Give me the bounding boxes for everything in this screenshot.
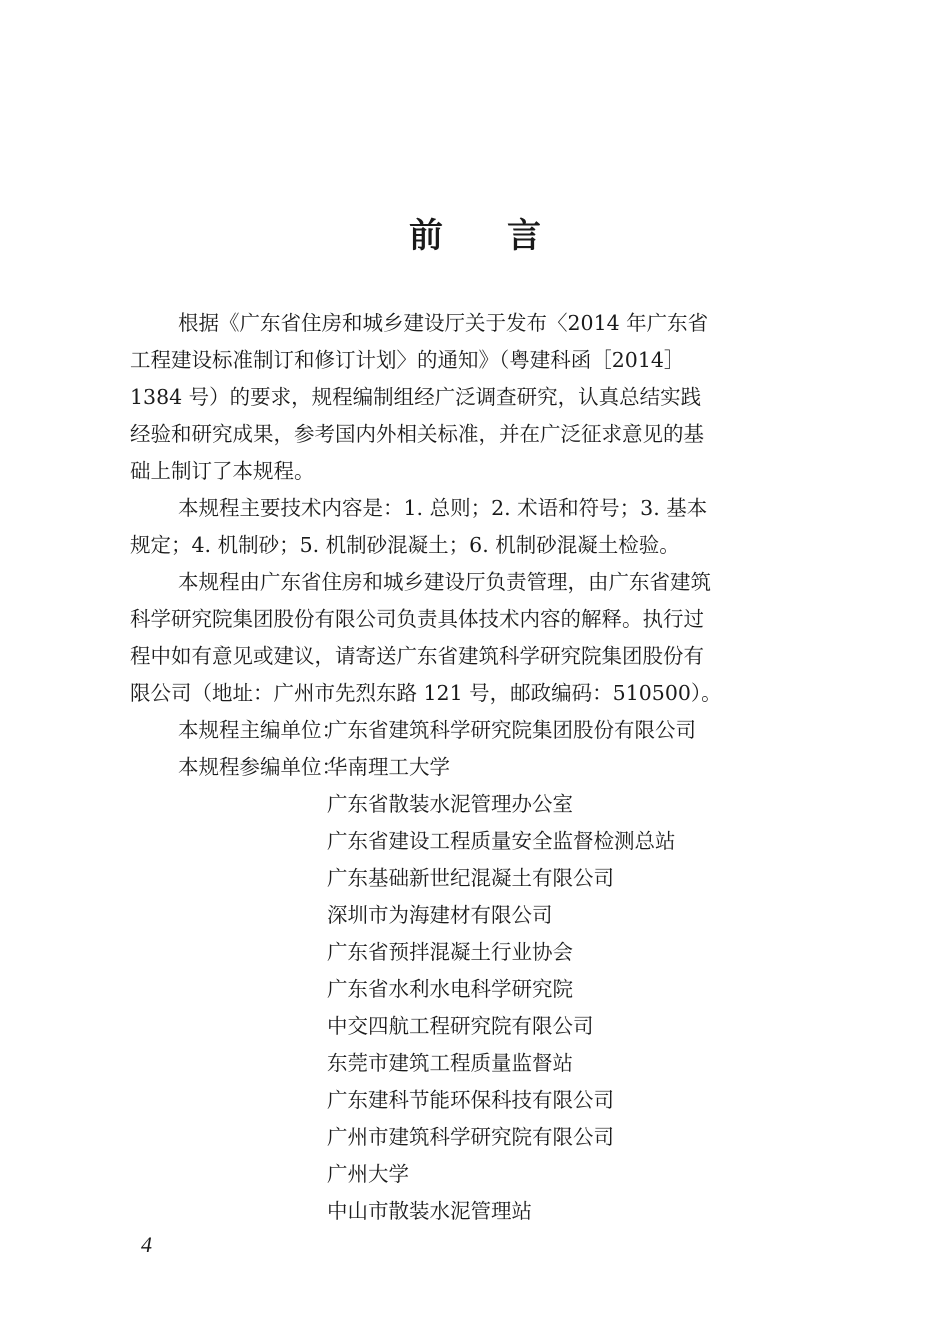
participating-unit: 广东建科节能环保科技有限公司 [327,1082,614,1119]
paragraph-management: 本规程由广东省住房和城乡建设厅负责管理，由广东省建筑 科学研究院集团股份有限公司… [130,564,820,712]
text-line: 规定；4. 机制砂；5. 机制砂混凝土；6. 机制砂混凝土检验。 [130,527,820,564]
paragraph-basis: 根据《广东省住房和城乡建设厅关于发布〈2014 年广东省 工程建设标准制订和修订… [130,305,820,490]
text-line: 科学研究院集团股份有限公司负责具体技术内容的解释。执行过 [130,601,820,638]
participating-unit: 广东省预拌混凝土行业协会 [327,934,573,971]
participating-unit-row: 深圳市为海建材有限公司 [130,897,820,934]
title-char-1: 前 [409,208,443,257]
page-title: 前言 [0,208,950,257]
text-line: 本规程由广东省住房和城乡建设厅负责管理，由广东省建筑 [130,564,820,601]
participating-unit-label: 本规程参编单位： [130,749,327,786]
text-line: 工程建设标准制订和修订计划〉的通知》（粤建科函［2014］ [130,342,820,379]
participating-unit-row: 东莞市建筑工程质量监督站 [130,1045,820,1082]
participating-unit: 深圳市为海建材有限公司 [327,897,553,934]
participating-unit: 中山市散装水泥管理站 [327,1193,532,1230]
participating-unit-row: 中山市散装水泥管理站 [130,1193,820,1230]
participating-unit-row: 广东省水利水电科学研究院 [130,971,820,1008]
text-line: 程中如有意见或建议，请寄送广东省建筑科学研究院集团股份有 [130,638,820,675]
title-char-2: 言 [507,208,541,257]
participating-unit: 华南理工大学 [327,749,450,786]
participating-unit-row: 广东基础新世纪混凝土有限公司 [130,860,820,897]
participating-unit-row: 广东省散装水泥管理办公室 [130,786,820,823]
text-line: 经验和研究成果，参考国内外相关标准，并在广泛征求意见的基 [130,416,820,453]
participating-unit: 广州市建筑科学研究院有限公司 [327,1119,614,1156]
participating-unit-row: 中交四航工程研究院有限公司 [130,1008,820,1045]
participating-unit-row: 广州大学 [130,1156,820,1193]
participating-unit-row: 广东省预拌混凝土行业协会 [130,934,820,971]
participating-unit-row: 本规程参编单位： 华南理工大学 [130,749,820,786]
editing-units: 本规程主编单位： 广东省建筑科学研究院集团股份有限公司 本规程参编单位： 华南理… [130,712,820,1230]
text-line: 1384 号）的要求，规程编制组经广泛调查研究，认真总结实践 [130,379,820,416]
participating-unit: 广东省水利水电科学研究院 [327,971,573,1008]
chief-unit-value: 广东省建筑科学研究院集团股份有限公司 [327,712,696,749]
text-line: 限公司（地址：广州市先烈东路 121 号，邮政编码：510500）。 [130,675,820,712]
participating-unit: 中交四航工程研究院有限公司 [327,1008,594,1045]
chief-unit-row: 本规程主编单位： 广东省建筑科学研究院集团股份有限公司 [130,712,820,749]
participating-unit: 东莞市建筑工程质量监督站 [327,1045,573,1082]
paragraph-contents: 本规程主要技术内容是：1. 总则；2. 术语和符号；3. 基本 规定；4. 机制… [130,490,820,564]
text-line: 本规程主要技术内容是：1. 总则；2. 术语和符号；3. 基本 [130,490,820,527]
participating-unit-row: 广州市建筑科学研究院有限公司 [130,1119,820,1156]
participating-unit: 广州大学 [327,1156,409,1193]
text-line: 根据《广东省住房和城乡建设厅关于发布〈2014 年广东省 [130,305,820,342]
text-line: 础上制订了本规程。 [130,453,820,490]
participating-unit: 广东基础新世纪混凝土有限公司 [327,860,614,897]
participating-unit-row: 广东省建设工程质量安全监督检测总站 [130,823,820,860]
participating-unit-row: 广东建科节能环保科技有限公司 [130,1082,820,1119]
participating-unit: 广东省建设工程质量安全监督检测总站 [327,823,676,860]
participating-unit: 广东省散装水泥管理办公室 [327,786,573,823]
preface-body: 根据《广东省住房和城乡建设厅关于发布〈2014 年广东省 工程建设标准制订和修订… [130,305,820,1230]
chief-unit-label: 本规程主编单位： [130,712,327,749]
page-number: 4 [141,1232,152,1258]
